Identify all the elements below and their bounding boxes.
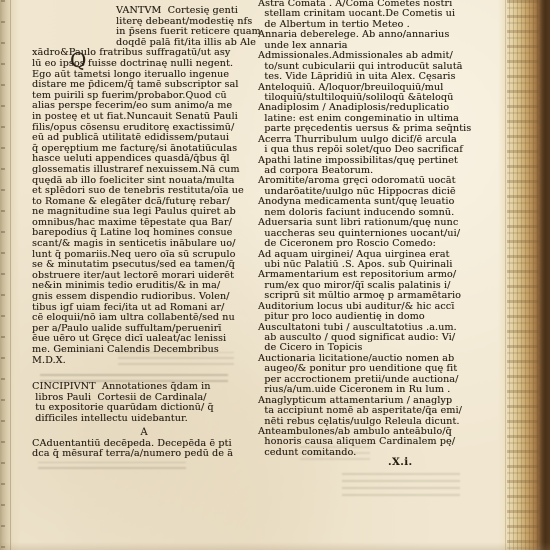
text-line: in posteę et ut fiat.Nuncauit Senatū Pau… [32, 112, 256, 123]
text-line: dca q̄ mēsuraf terra/a/numero pedū de ā [32, 449, 256, 460]
bleed-through-smudge [38, 462, 186, 469]
book-scan-page: Q VANTVM Cortesię gentiliterę debeant/mo… [0, 0, 550, 550]
glossary-entry: CAduentantiū decēpeda. Decepēda ē ptidca… [32, 439, 256, 460]
signature-mark: .X.i. [258, 458, 476, 468]
text-line: pitur pro loco audientię in domo [258, 312, 476, 322]
text-line: ta accipiunt nomē ab asperitate/q̄a emi/ [258, 406, 476, 416]
glossary-entries: Astra Comata . A/Coma Cometes nostri ste… [258, 0, 476, 458]
page-fore-edge [498, 0, 550, 550]
incipit-heading: CINCIPIVNT Annotationes q̄dam in libros … [32, 382, 256, 424]
bleed-through-smudge [342, 470, 460, 496]
page-bottom-shadow [0, 542, 550, 550]
right-text-column: Astra Comata . A/Coma Cometes nostri ste… [258, 0, 476, 469]
page-gutter-edge [0, 0, 20, 550]
left-text-column: VANTVM Cortesię gentiliterę debeant/mode… [32, 6, 256, 460]
text-line: cedunt comitando. [258, 448, 476, 458]
text-line: i qua thus repōi solet/quo Deo sacrifica… [258, 145, 476, 155]
text-line: de Ciceronem pro Roscio Comedo: [258, 239, 476, 249]
text-line: VANTVM Cortesię genti [116, 6, 256, 17]
opening-paragraph: VANTVM Cortesię gentiliterę debeant/mode… [32, 6, 256, 48]
preface-body: xādro&Paulo fratribus suffragatū/ut asyl… [32, 48, 256, 366]
text-line: tes. Vide Lāpridiū in uita Alex. Cęsaris [258, 72, 476, 82]
text-line: difficiles intellectu uidebantur. [32, 414, 256, 425]
section-letter: A [32, 427, 256, 438]
text-line: M.D.X. [32, 356, 256, 367]
text-line: glossematis illustraref nexuissem.Nā cum [32, 165, 256, 176]
text-line: lū eo ipsos fuisse doctrinaę nulli negen… [32, 59, 256, 70]
text-line: me. Geminiani Calendis Decembribus [32, 345, 256, 356]
